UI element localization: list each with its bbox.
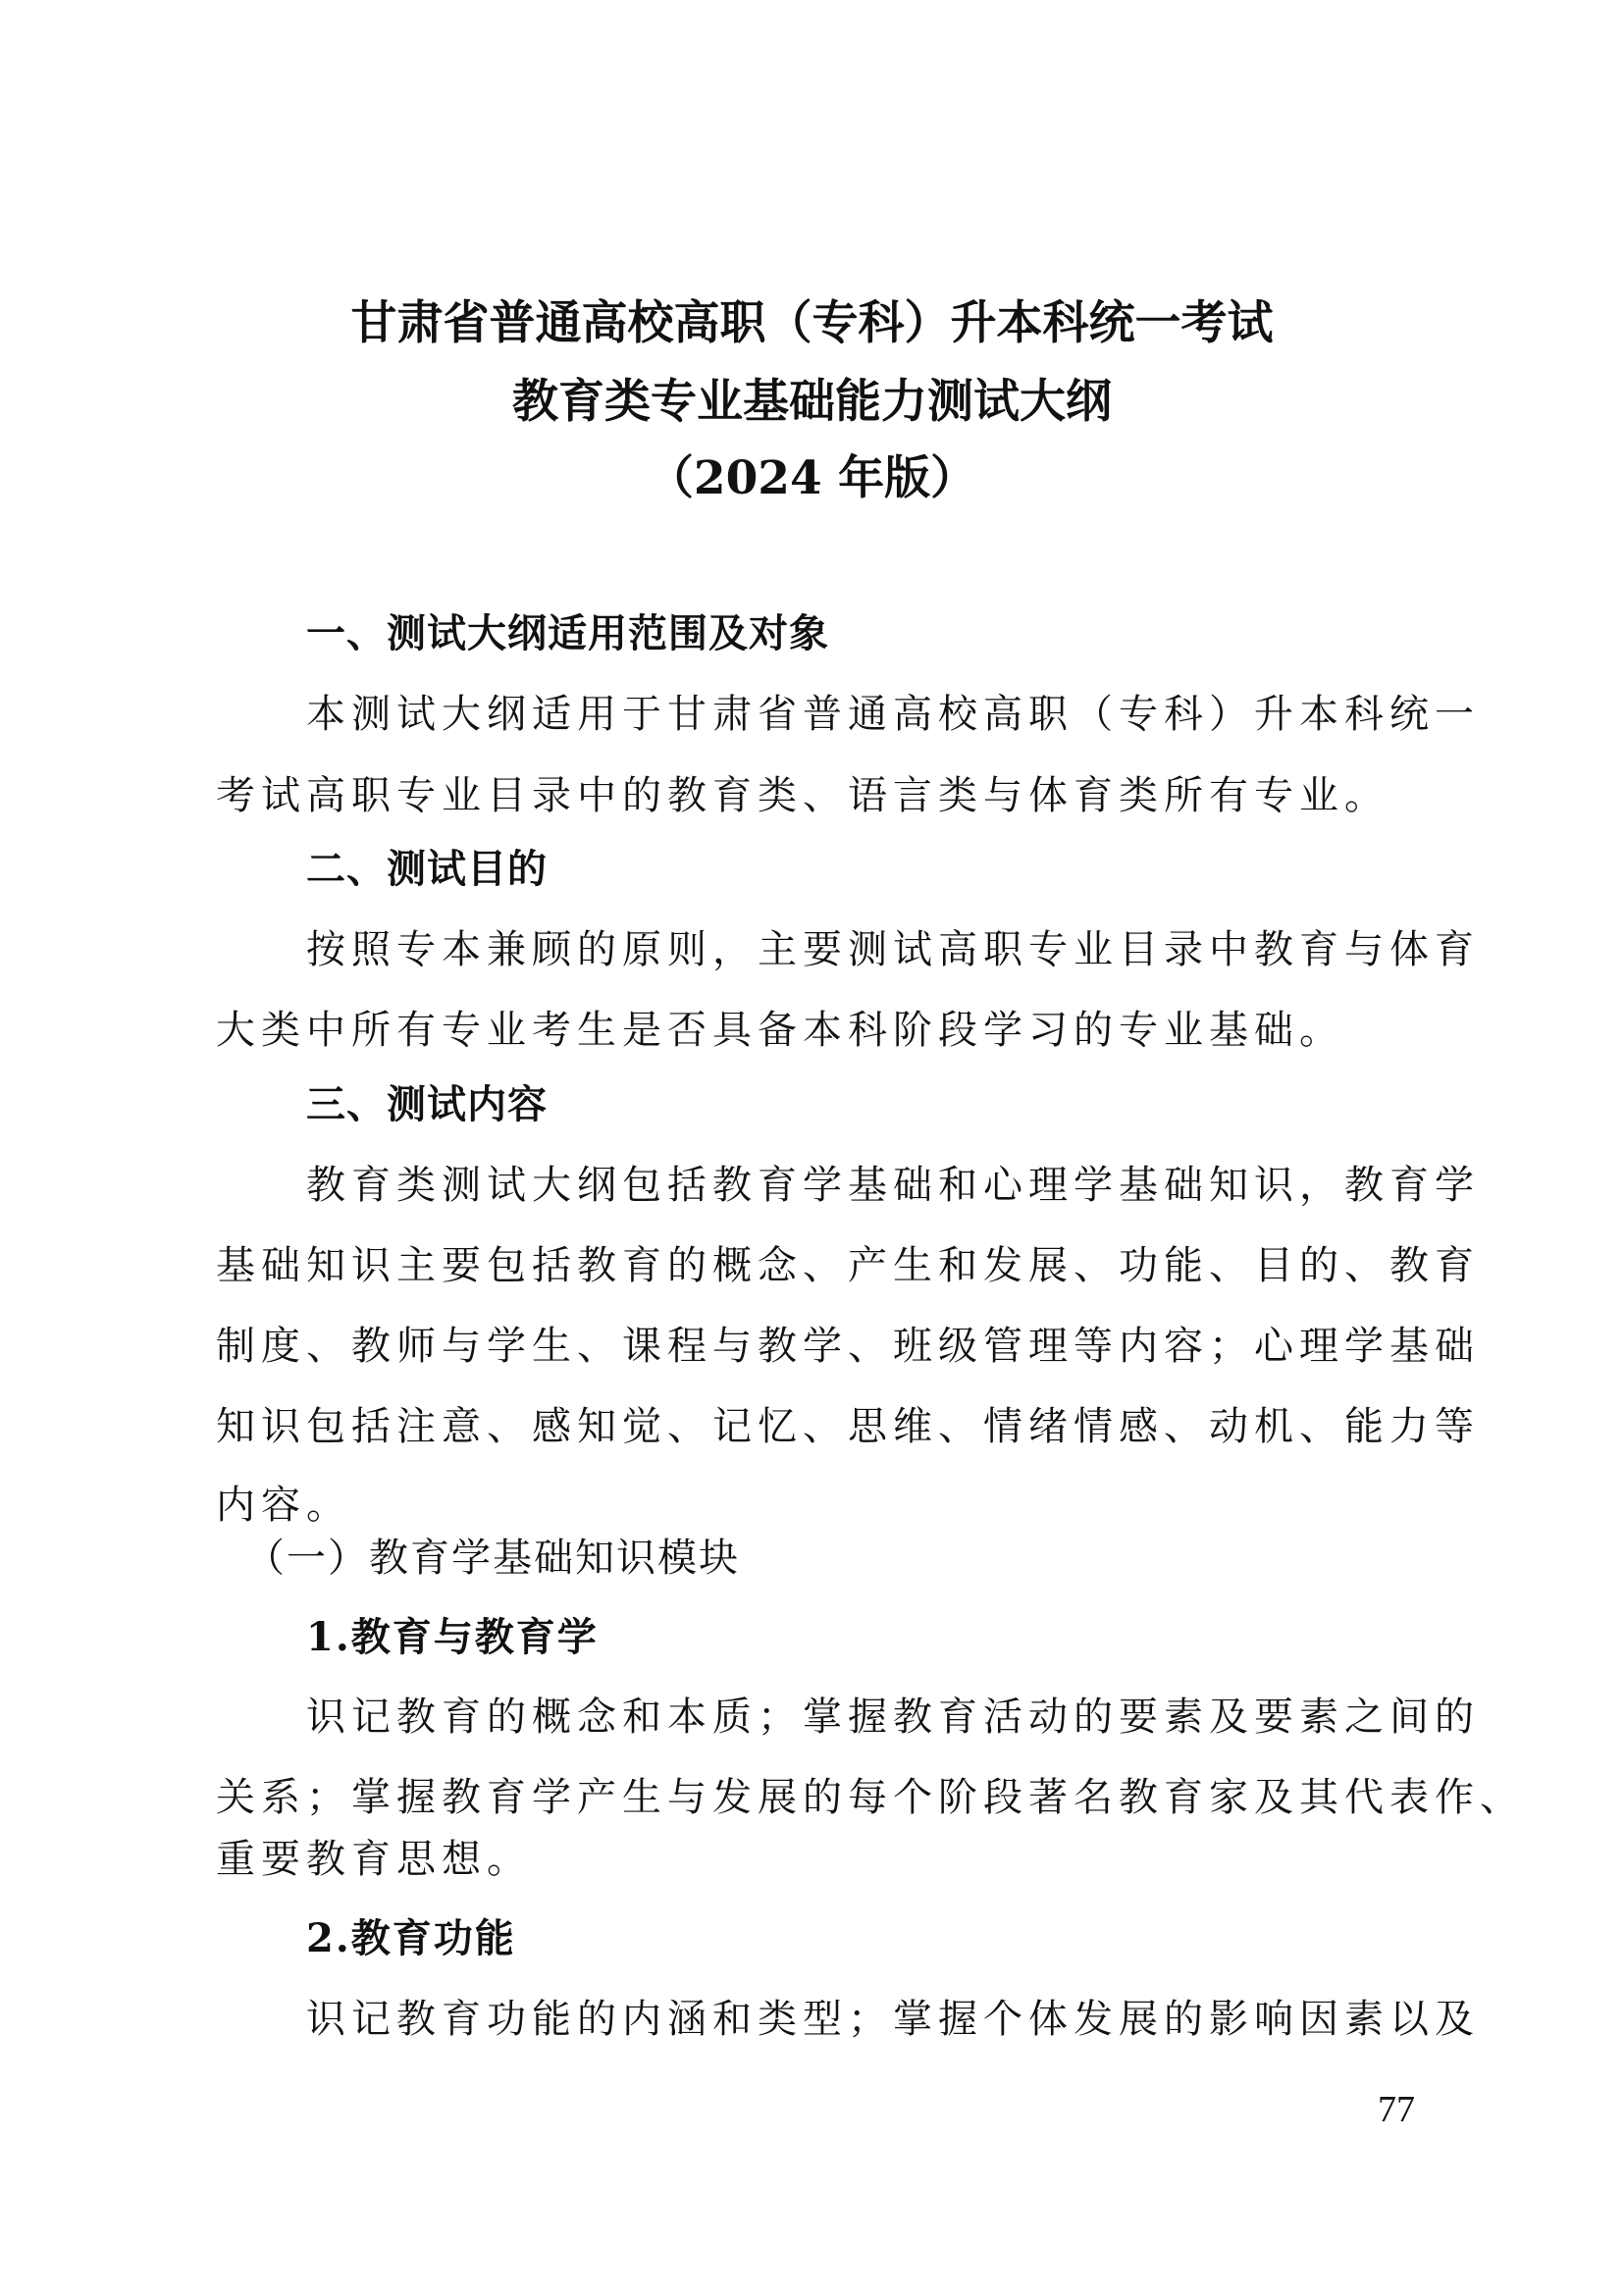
paragraph-line: 关系；掌握教育学产生与发展的每个阶段著名教育家及其代表作、 — [216, 1770, 1525, 1825]
module-heading: （一）教育学基础知识模块 — [245, 1531, 740, 1586]
paragraph-line: 知识包括注意、感知觉、记忆、思维、情绪情感、动机、能力等 — [216, 1399, 1480, 1454]
paragraph-line: 基础知识主要包括教育的概念、产生和发展、功能、目的、教育 — [216, 1238, 1480, 1293]
paragraph-line: 识记教育的概念和本质；掌握教育活动的要素及要素之间的 — [306, 1690, 1480, 1745]
section-heading-scope: 一、测试大纲适用范围及对象 — [306, 606, 829, 661]
paragraph-line: 按照专本兼顾的原则，主要测试高职专业目录中教育与体育 — [306, 922, 1480, 977]
paragraph-line: 考试高职专业目录中的教育类、语言类与体育类所有专业。 — [216, 768, 1389, 823]
document-title-line-1: 甘肃省普通高校高职（专科）升本科统一考试 — [0, 294, 1624, 353]
document-page: 甘肃省普通高校高职（专科）升本科统一考试 教育类专业基础能力测试大纲 （2024… — [0, 0, 1624, 2295]
paragraph-line: 教育类测试大纲包括教育学基础和心理学基础知识，教育学 — [306, 1158, 1480, 1213]
document-title-line-2: 教育类专业基础能力测试大纲 — [0, 373, 1624, 432]
item-heading-education: 1.教育与教育学 — [306, 1610, 599, 1665]
paragraph-line: 大类中所有专业考生是否具备本科阶段学习的专业基础。 — [216, 1003, 1344, 1058]
paragraph-line: 识记教育功能的内涵和类型；掌握个体发展的影响因素以及 — [306, 1992, 1480, 2047]
page-number: 77 — [1378, 2088, 1415, 2131]
section-heading-purpose: 二、测试目的 — [306, 842, 548, 897]
paragraph-line: 内容。 — [216, 1478, 351, 1533]
paragraph-line: 本测试大纲适用于甘肃省普通高校高职（专科）升本科统一 — [306, 687, 1480, 742]
document-title-line-3: （2024 年版） — [0, 449, 1624, 508]
section-heading-content: 三、测试内容 — [306, 1077, 548, 1132]
paragraph-line: 制度、教师与学生、课程与教学、班级管理等内容；心理学基础 — [216, 1319, 1480, 1374]
paragraph-line: 重要教育思想。 — [216, 1832, 532, 1887]
item-heading-function: 2.教育功能 — [306, 1911, 516, 1966]
